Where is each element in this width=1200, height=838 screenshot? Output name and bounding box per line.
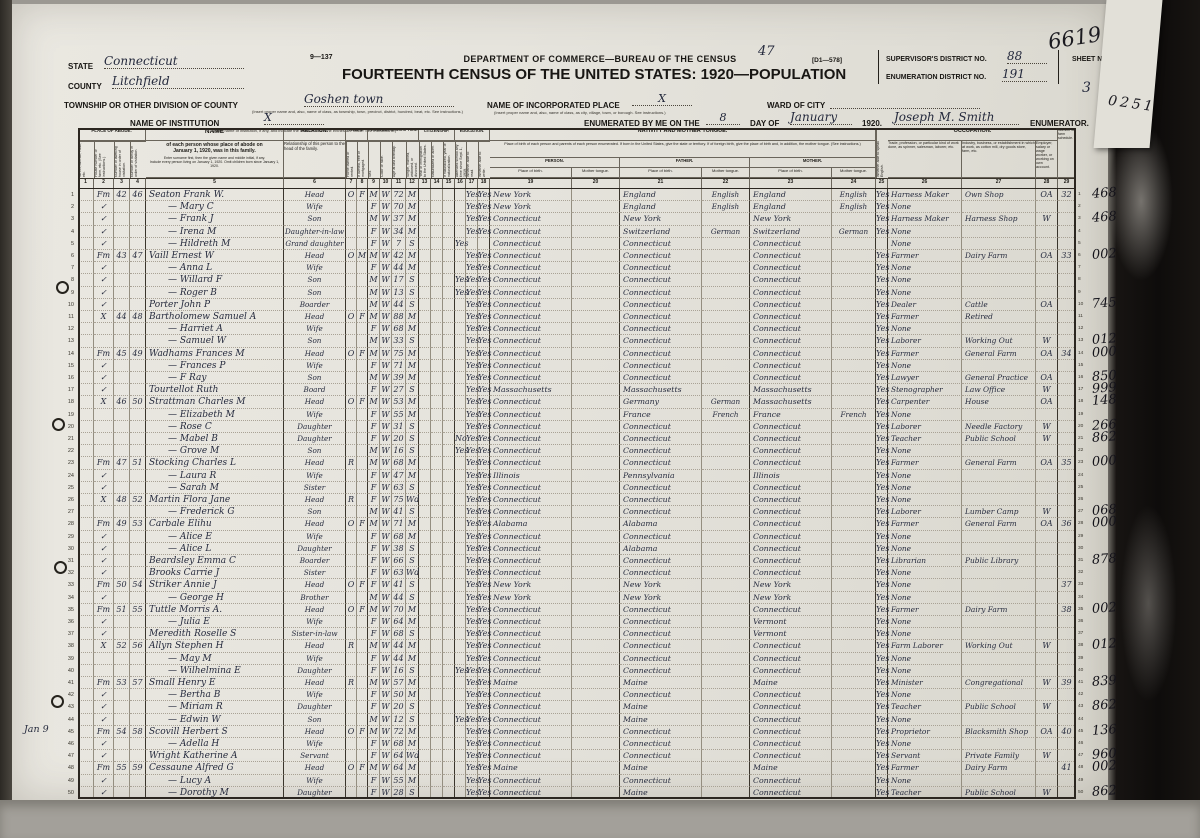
table-cell: F [368, 775, 380, 787]
table-cell-empty [455, 213, 466, 225]
table-cell: Yes [876, 445, 888, 457]
table-cell: W [380, 787, 392, 799]
table-cell-empty [431, 787, 443, 799]
table-cell: Connecticut [490, 213, 572, 225]
table-cell-empty [455, 201, 466, 213]
table-cell: 50 [130, 396, 146, 408]
table-cell: Connecticut [490, 226, 572, 238]
table-cell: Yes [478, 531, 490, 543]
table-cell: Proprietor [888, 726, 962, 738]
scan-bottom-margin [0, 800, 1200, 838]
supervisor-district-value: 88 [1007, 49, 1047, 64]
table-cell-empty [455, 750, 466, 762]
table-cell-empty [962, 409, 1036, 421]
ward-blank-line [830, 108, 980, 109]
table-cell: Pennsylvania [620, 470, 702, 482]
margin-number: 002 [1092, 600, 1118, 617]
table-cell-empty [572, 323, 620, 335]
row-number-left: 4 [62, 226, 74, 238]
table-cell: Yes [466, 482, 478, 494]
table-cell: Yes [478, 323, 490, 335]
table-cell-empty [78, 482, 94, 494]
table-cell: 72 [392, 726, 406, 738]
table-cell-empty [702, 750, 750, 762]
table-cell: Connecticut [750, 714, 832, 726]
table-cell-empty [1058, 470, 1076, 482]
table-cell: — Miriam R [146, 701, 284, 713]
table-cell: Illinois [750, 470, 832, 482]
table-cell: New York [490, 592, 572, 604]
table-cell-empty [357, 628, 368, 640]
table-cell-empty [357, 775, 368, 787]
column-note: Number of family in order of visitation. [130, 141, 146, 178]
table-cell: Yes [876, 189, 888, 201]
table-cell: Connecticut [750, 421, 832, 433]
table-cell: Son [284, 287, 346, 299]
table-cell: ✓ [94, 543, 114, 555]
table-cell: Connecticut [490, 750, 572, 762]
table-cell-empty [78, 213, 94, 225]
table-cell: M [406, 396, 419, 408]
table-cell-empty [702, 384, 750, 396]
table-cell: 13 [392, 287, 406, 299]
table-cell-empty [114, 482, 130, 494]
table-cell: New York [490, 201, 572, 213]
table-cell-empty [346, 213, 357, 225]
table-cell: 36 [1058, 518, 1076, 530]
table-cell-empty [1058, 433, 1076, 445]
table-cell-empty [431, 421, 443, 433]
table-cell: W [380, 238, 392, 250]
table-cell-empty [431, 726, 443, 738]
person-group: PERSON. [490, 158, 620, 168]
table-cell: — Rose C [146, 421, 284, 433]
table-cell-empty [357, 482, 368, 494]
table-cell: — Willard F [146, 274, 284, 286]
table-cell-empty [572, 567, 620, 579]
table-cell: M [368, 299, 380, 311]
table-cell-empty [346, 323, 357, 335]
table-cell: Yes [478, 372, 490, 384]
table-cell: Connecticut [490, 482, 572, 494]
table-cell-empty [1058, 238, 1076, 250]
table-cell-empty [572, 665, 620, 677]
table-cell: W [380, 616, 392, 628]
table-cell-empty [431, 762, 443, 774]
row-number-right: 12 [1078, 323, 1089, 335]
table-cell-empty [455, 323, 466, 335]
table-cell: W [1036, 433, 1058, 445]
table-cell-empty [1058, 665, 1076, 677]
table-cell: New York [750, 579, 832, 591]
table-cell: ✓ [94, 714, 114, 726]
table-cell-empty [419, 482, 431, 494]
table-cell: Yes [478, 299, 490, 311]
table-cell: Vermont [750, 628, 832, 640]
table-cell-empty [346, 421, 357, 433]
table-cell: Laborer [888, 421, 962, 433]
table-cell: Yes [466, 750, 478, 762]
row-number-right: 11 [1078, 311, 1089, 323]
table-cell-empty [832, 787, 876, 799]
table-cell-empty [431, 262, 443, 274]
form-number: 9—137 [310, 54, 333, 61]
table-cell: New York [620, 579, 702, 591]
table-cell: Connecticut [750, 640, 832, 652]
table-cell-empty [78, 262, 94, 274]
table-cell: 44 [392, 640, 406, 652]
table-cell: F [368, 470, 380, 482]
table-cell: Yes [876, 506, 888, 518]
table-cell: 50 [392, 689, 406, 701]
table-cell-empty [1058, 738, 1076, 750]
table-cell: Connecticut [490, 738, 572, 750]
table-cell-empty [455, 250, 466, 262]
table-cell-empty [431, 250, 443, 262]
table-cell-empty [572, 421, 620, 433]
table-cell: Servant [888, 750, 962, 762]
table-cell-empty [78, 689, 94, 701]
table-cell-empty [572, 226, 620, 238]
table-cell-empty [572, 262, 620, 274]
table-cell: Dairy Farm [962, 250, 1036, 262]
row-number-left: 24 [62, 470, 74, 482]
column-header: PERSONAL DESCRIPTION. [368, 128, 419, 141]
table-cell: 75 [392, 494, 406, 506]
table-cell: Head [284, 348, 346, 360]
table-cell-empty [572, 592, 620, 604]
table-cell: F [368, 531, 380, 543]
name-note-line: January 1, 1920, was in this family. [146, 148, 283, 154]
table-cell-empty [419, 494, 431, 506]
table-cell: Head [284, 494, 346, 506]
table-cell: F [357, 726, 368, 738]
table-cell: Yes [478, 287, 490, 299]
table-cell: — Julia E [146, 616, 284, 628]
table-cell: Grand daughter [284, 238, 346, 250]
table-cell: M [368, 592, 380, 604]
table-cell-empty [431, 323, 443, 335]
table-cell: Connecticut [750, 433, 832, 445]
table-cell: ✓ [94, 384, 114, 396]
table-cell: Yes [466, 457, 478, 469]
table-cell: W [380, 714, 392, 726]
table-cell: — Irena M [146, 226, 284, 238]
table-cell: Yes [455, 287, 466, 299]
bracket-left [878, 50, 879, 84]
table-cell: Connecticut [620, 274, 702, 286]
table-cell: M [406, 653, 419, 665]
table-cell: Yes [478, 579, 490, 591]
row-number-right: 6 [1078, 250, 1089, 262]
table-cell: Connecticut [490, 250, 572, 262]
table-cell: M [406, 311, 419, 323]
table-cell-empty [1036, 311, 1058, 323]
table-cell: Yes [466, 579, 478, 591]
supervisor-district-label: SUPERVISOR'S DISTRICT NO. [886, 56, 987, 63]
table-cell: Yes [466, 372, 478, 384]
table-cell: Connecticut [620, 238, 702, 250]
table-cell: 20 [392, 701, 406, 713]
table-cell-empty [346, 531, 357, 543]
table-cell: — Grove M [146, 445, 284, 457]
table-cell-empty [130, 238, 146, 250]
table-cell: None [888, 628, 962, 640]
table-cell: W [380, 750, 392, 762]
table-cell: 33 [1058, 250, 1076, 262]
table-cell-empty [78, 628, 94, 640]
table-cell: 7 [392, 238, 406, 250]
table-cell-empty [78, 555, 94, 567]
column-note: Whether able to write. [478, 141, 490, 178]
table-cell-empty [78, 726, 94, 738]
table-cell-empty [1058, 311, 1076, 323]
table-cell: Connecticut [490, 701, 572, 713]
table-cell: Dairy Farm [962, 762, 1036, 774]
table-cell-empty [419, 201, 431, 213]
table-cell: M [368, 604, 380, 616]
table-cell-empty [94, 445, 114, 457]
table-cell-empty [78, 287, 94, 299]
table-cell: — Samuel W [146, 335, 284, 347]
table-cell: Yes [466, 653, 478, 665]
table-cell-empty [431, 201, 443, 213]
table-cell: Teacher [888, 787, 962, 799]
table-cell: Connecticut [620, 628, 702, 640]
table-cell-empty [443, 287, 455, 299]
table-cell-empty [431, 531, 443, 543]
table-cell: — George H [146, 592, 284, 604]
table-cell-empty [455, 335, 466, 347]
table-cell: Yes [466, 714, 478, 726]
table-cell-empty [130, 323, 146, 335]
table-cell-empty [419, 787, 431, 799]
table-cell: Yes [876, 201, 888, 213]
table-cell-empty [478, 238, 490, 250]
table-cell: Connecticut [750, 238, 832, 250]
table-cell-empty [130, 665, 146, 677]
table-cell-empty [832, 531, 876, 543]
table-cell-empty [572, 189, 620, 201]
row-number-left: 37 [62, 628, 74, 640]
row-number-right: 46 [1078, 738, 1089, 750]
table-cell: General Practice [962, 372, 1036, 384]
table-cell: Yes [466, 689, 478, 701]
table-cell: Boarder [284, 299, 346, 311]
table-cell-empty [130, 226, 146, 238]
table-cell: Yes [466, 348, 478, 360]
table-cell: Yes [478, 348, 490, 360]
row-number-left: 17 [62, 384, 74, 396]
table-cell: F [368, 421, 380, 433]
table-cell: Yes [466, 384, 478, 396]
table-cell: 44 [114, 311, 130, 323]
table-cell-empty [572, 299, 620, 311]
table-cell: Yes [876, 689, 888, 701]
table-cell-empty [962, 543, 1036, 555]
table-cell-empty [357, 531, 368, 543]
table-cell-empty [1058, 201, 1076, 213]
table-cell-empty [1058, 689, 1076, 701]
table-cell: 53 [392, 396, 406, 408]
row-number-right: 1 [1078, 189, 1089, 201]
table-cell: M [406, 201, 419, 213]
table-cell: 48 [130, 311, 146, 323]
table-cell-empty [832, 445, 876, 457]
table-cell-empty [419, 262, 431, 274]
table-cell-empty [702, 506, 750, 518]
margin-number: 862 [1092, 429, 1118, 446]
row-number-left: 18 [62, 396, 74, 408]
table-cell: Yes [876, 665, 888, 677]
table-cell: Yes [478, 360, 490, 372]
table-cell: Yes [466, 640, 478, 652]
table-cell-empty [114, 274, 130, 286]
table-cell-empty [346, 299, 357, 311]
table-cell: Wife [284, 616, 346, 628]
table-cell-empty [832, 592, 876, 604]
table-cell: Maine [490, 762, 572, 774]
table-cell: Connecticut [490, 360, 572, 372]
table-cell: ✓ [94, 226, 114, 238]
row-number-left: 23 [62, 457, 74, 469]
table-cell-empty [419, 701, 431, 713]
table-cell-empty [443, 738, 455, 750]
table-cell: 55 [392, 775, 406, 787]
table-cell-empty [455, 653, 466, 665]
table-cell-empty [357, 238, 368, 250]
row-number-right: 39 [1078, 653, 1089, 665]
table-cell: Sister [284, 482, 346, 494]
table-cell: Yes [478, 262, 490, 274]
table-cell: 68 [392, 323, 406, 335]
bracket-right [1058, 50, 1059, 84]
table-cell-empty [1058, 445, 1076, 457]
table-cell: Connecticut [750, 665, 832, 677]
table-cell-empty [419, 213, 431, 225]
table-cell: 53 [130, 518, 146, 530]
table-cell: — Dorothy M [146, 787, 284, 799]
table-cell: S [406, 592, 419, 604]
tongue-header: Mother tongue. [832, 168, 876, 178]
row-number-left: 28 [62, 518, 74, 530]
table-cell-empty [357, 677, 368, 689]
margin-number: 878 [1092, 551, 1118, 568]
table-cell: W [380, 311, 392, 323]
table-cell-empty [419, 311, 431, 323]
table-cell-empty [114, 323, 130, 335]
table-cell: 70 [392, 604, 406, 616]
table-cell-empty [962, 262, 1036, 274]
table-cell-empty [94, 409, 114, 421]
table-cell-empty [572, 543, 620, 555]
table-cell: Yes [876, 335, 888, 347]
table-cell-empty [455, 738, 466, 750]
table-cell-empty [78, 470, 94, 482]
table-cell: None [888, 470, 962, 482]
table-cell-empty [78, 616, 94, 628]
table-cell: W [380, 738, 392, 750]
table-cell-empty [832, 470, 876, 482]
table-cell: Meredith Roselle S [146, 628, 284, 640]
table-cell-empty [78, 360, 94, 372]
table-cell: W [380, 360, 392, 372]
table-cell-empty [443, 213, 455, 225]
table-cell: 44 [392, 262, 406, 274]
table-cell: O [346, 311, 357, 323]
table-cell: W [380, 543, 392, 555]
table-cell: Yes [876, 543, 888, 555]
table-cell: W [1036, 787, 1058, 799]
table-cell: None [888, 445, 962, 457]
table-cell: W [380, 250, 392, 262]
table-cell-empty [431, 470, 443, 482]
table-cell-empty [1036, 531, 1058, 543]
table-cell: — Frank J [146, 213, 284, 225]
table-cell: W [380, 677, 392, 689]
table-cell: F [368, 665, 380, 677]
table-cell: Wife [284, 201, 346, 213]
table-cell: Connecticut [620, 531, 702, 543]
table-cell: 70 [392, 201, 406, 213]
table-cell-empty [78, 396, 94, 408]
table-cell: Wife [284, 738, 346, 750]
table-cell-empty [346, 482, 357, 494]
table-cell: — Bertha B [146, 689, 284, 701]
table-cell: Farmer [888, 518, 962, 530]
table-cell: 49 [130, 348, 146, 360]
table-cell: 49 [114, 518, 130, 530]
table-cell: S [406, 274, 419, 286]
table-cell: Connecticut [490, 775, 572, 787]
day-of-label: DAY OF [750, 119, 779, 128]
table-cell: — May M [146, 653, 284, 665]
table-cell: Connecticut [750, 653, 832, 665]
table-cell: Wife [284, 531, 346, 543]
table-cell: Farm Laborer [888, 640, 962, 652]
table-cell-empty [431, 348, 443, 360]
table-cell-empty [357, 421, 368, 433]
table-cell-empty [832, 518, 876, 530]
table-cell: Connecticut [620, 482, 702, 494]
table-cell: House [962, 396, 1036, 408]
table-cell-empty [572, 335, 620, 347]
table-cell: — Frederick G [146, 506, 284, 518]
table-cell-empty [419, 506, 431, 518]
table-cell: ✓ [94, 567, 114, 579]
table-cell-empty [443, 409, 455, 421]
row-number-left: 5 [62, 238, 74, 250]
table-cell: W [380, 494, 392, 506]
table-cell: Yes [478, 213, 490, 225]
table-cell: Maine [490, 677, 572, 689]
table-cell-empty [1058, 226, 1076, 238]
row-number-right: 16 [1078, 372, 1089, 384]
table-cell: England [620, 189, 702, 201]
row-number-left: 39 [62, 653, 74, 665]
table-cell: Yes [876, 604, 888, 616]
table-cell-empty [702, 726, 750, 738]
table-cell-empty [832, 457, 876, 469]
table-cell: ✓ [94, 372, 114, 384]
table-cell: Bartholomew Samuel A [146, 311, 284, 323]
table-cell: ✓ [94, 531, 114, 543]
table-cell-empty [419, 543, 431, 555]
table-cell-empty [572, 238, 620, 250]
table-cell-empty [431, 433, 443, 445]
table-cell: New York [750, 213, 832, 225]
table-cell-empty [130, 384, 146, 396]
